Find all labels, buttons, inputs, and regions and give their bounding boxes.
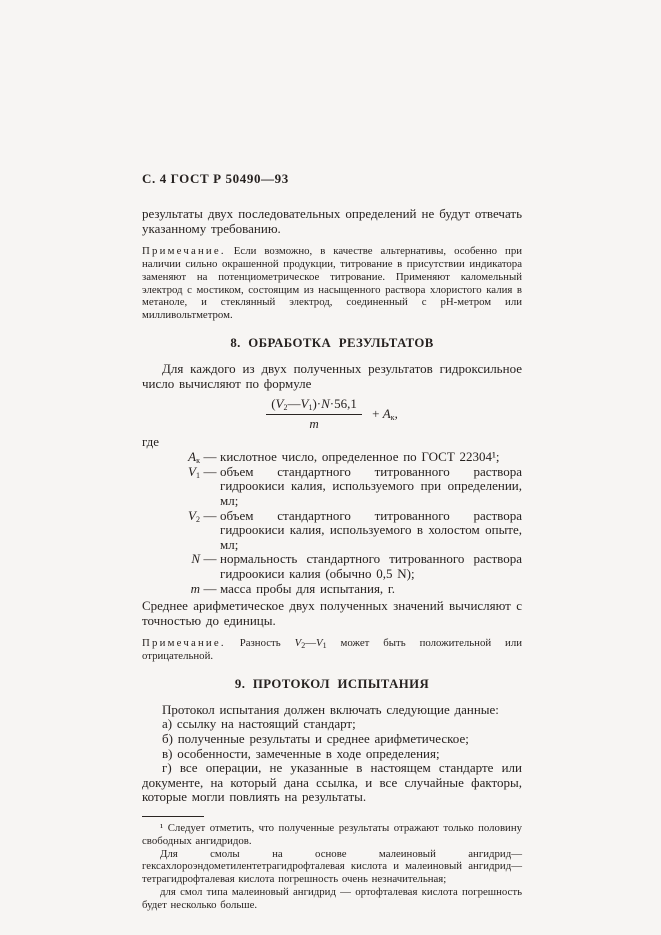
formula-var-n: N xyxy=(321,396,330,411)
formula: (V2—V1)·N·56,1 m + Aк, xyxy=(142,396,522,432)
footnote-paragraph: ¹ Следует отметить, что полученные резул… xyxy=(142,822,522,848)
note-label: Примечание. xyxy=(142,637,226,649)
definition-text: кислотное число, определенное по ГОСТ 22… xyxy=(220,450,522,465)
formula-factor: ·56,1 xyxy=(330,396,357,411)
definition-text: объем стандартного титрованного раствора… xyxy=(220,465,522,509)
section-8-heading: 8. ОБРАБОТКА РЕЗУЛЬТАТОВ xyxy=(142,336,522,351)
footnote-paragraph: Для смолы на основе малеиновый ангидрид—… xyxy=(142,848,522,886)
definition-dash: — xyxy=(200,552,220,581)
definition-symbol: V1 xyxy=(142,465,200,509)
definition-text: нормальность стандартного титрованного р… xyxy=(220,552,522,581)
formula-plus: + xyxy=(372,406,379,421)
definition-symbol: Aк xyxy=(142,450,200,465)
section-8-lead: Для каждого из двух полученных результат… xyxy=(142,362,522,391)
definition-dash: — xyxy=(200,509,220,553)
formula-minus: — xyxy=(287,396,300,411)
definition-dash: — xyxy=(200,582,220,597)
definition-row: N — нормальность стандартного титрованно… xyxy=(142,552,522,581)
protocol-item-b: б) полученные результаты и среднее арифм… xyxy=(142,732,522,747)
fraction-denominator: m xyxy=(266,415,362,432)
protocol-item-g: г) все операции, не указанные в настояще… xyxy=(142,761,522,805)
section-9-lead: Протокол испытания должен включать следу… xyxy=(142,703,522,718)
definition-row: V2 — объем стандартного титрованного рас… xyxy=(142,509,522,553)
footnote-paragraph: для смол типа малеиновый ангидрид — орто… xyxy=(142,886,522,912)
section-9-heading: 9. ПРОТОКОЛ ИСПЫТАНИЯ xyxy=(142,677,522,692)
footnote: ¹ Следует отметить, что полученные резул… xyxy=(142,822,522,912)
definition-symbol: V2 xyxy=(142,509,200,553)
formula-var-a: A xyxy=(383,406,391,421)
formula-tail: + Aк, xyxy=(372,406,398,422)
formula-close-paren: )· xyxy=(312,396,321,411)
definition-row: V1 — объем стандартного титрованного рас… xyxy=(142,465,522,509)
where-label: где xyxy=(142,434,522,450)
definition-dash: — xyxy=(200,465,220,509)
definition-text: масса пробы для испытания, г. xyxy=(220,582,522,597)
definition-dash: — xyxy=(200,450,220,465)
formula-var-m: m xyxy=(309,416,318,431)
definition-symbol: N xyxy=(142,552,200,581)
formula-comma: , xyxy=(395,406,398,421)
note-electrode: Примечание. Если возможно, в качестве ал… xyxy=(142,245,522,322)
footnote-separator xyxy=(142,816,204,817)
mean-paragraph: Среднее арифметическое двух полученных з… xyxy=(142,599,522,628)
fraction: (V2—V1)·N·56,1 m xyxy=(266,396,362,432)
definition-symbol: m xyxy=(142,582,200,597)
protocol-item-a: а) ссылку на настоящий стандарт; xyxy=(142,717,522,732)
note-label: Примечание. xyxy=(142,245,226,257)
intro-paragraph: результаты двух последовательных определ… xyxy=(142,207,522,236)
fraction-numerator: (V2—V1)·N·56,1 xyxy=(266,396,362,415)
definition-row: Aк — кислотное число, определенное по ГО… xyxy=(142,450,522,465)
note-var-v1: V xyxy=(316,637,323,649)
running-header: С. 4 ГОСТ Р 50490—93 xyxy=(142,171,522,187)
protocol-item-v: в) особенности, замеченные в ходе опреде… xyxy=(142,747,522,762)
definitions-list: Aк — кислотное число, определенное по ГО… xyxy=(142,450,522,596)
note-difference: Примечание. Разность V2—V1 может быть по… xyxy=(142,637,522,663)
definition-text: объем стандартного титрованного раствора… xyxy=(220,509,522,553)
definition-row: m — масса пробы для испытания, г. xyxy=(142,582,522,597)
page-column: С. 4 ГОСТ Р 50490—93 результаты двух пос… xyxy=(142,171,522,912)
